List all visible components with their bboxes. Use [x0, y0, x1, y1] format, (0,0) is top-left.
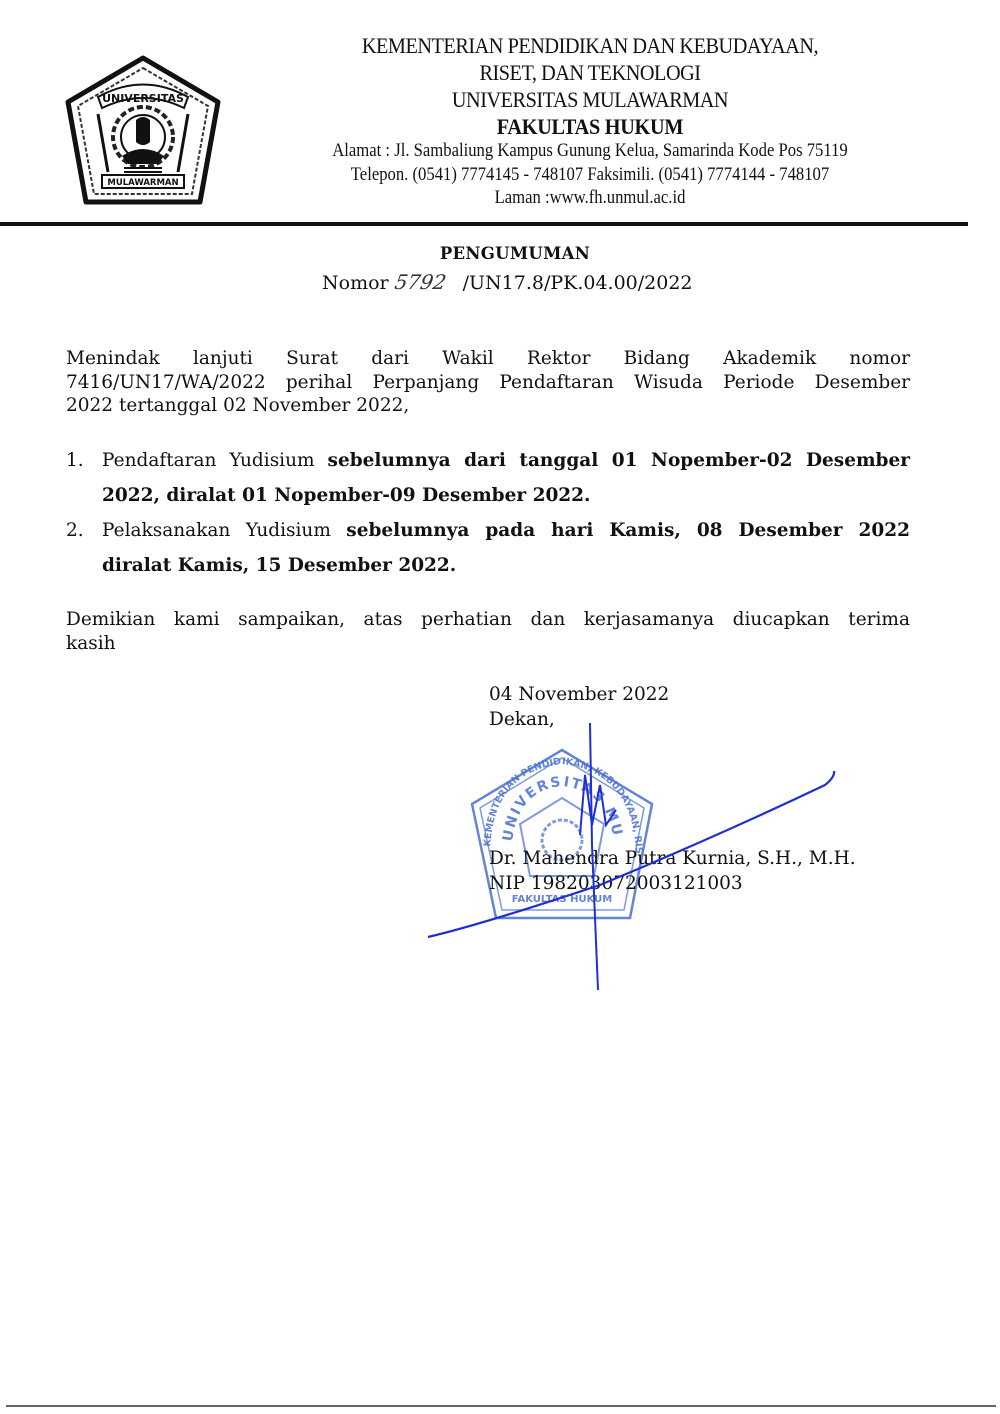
list-bold-text: sebelumnya dari tanggal 01 Nopember-02 D…: [328, 450, 910, 471]
list-item: 1. Pendaftaran Yudisium sebelumnya dari …: [66, 443, 910, 513]
ministry-name-line2: RISET, DAN TEKNOLOGI: [259, 59, 921, 86]
list-number: 1.: [66, 443, 84, 478]
faculty-name: FAKULTAS HUKUM: [259, 113, 921, 140]
address: Alamat : Jl. Sambaliung Kampus Gunung Ke…: [266, 140, 914, 164]
closing-paragraph: Demikian kami sampaikan, atas perhatian …: [66, 608, 910, 655]
ministry-name-line1: KEMENTERIAN PENDIDIKAN DAN KEBUDAYAAN,: [259, 32, 921, 59]
list-plain-text: Pelaksanakan Yudisium: [102, 520, 346, 541]
closing-line: Demikian kami sampaikan, atas perhatian …: [66, 608, 910, 632]
list-line: Pendaftaran Yudisium sebelumnya dari tan…: [102, 443, 910, 478]
list-line: Pelaksanakan Yudisium sebelumnya pada ha…: [102, 513, 910, 548]
svg-text:MULAWARMAN: MULAWARMAN: [107, 178, 178, 188]
closing-line: kasih: [66, 633, 116, 654]
letterhead-divider: [0, 222, 968, 226]
university-crest-icon: UNIVERSITAS MULAWARMAN: [58, 52, 228, 212]
list-plain-text: Pendaftaran Yudisium: [102, 450, 328, 471]
intro-line: 2022 tertanggal 02 November 2022,: [66, 395, 409, 416]
number-prefix: Nomor: [322, 272, 389, 294]
list-bold-text: 2022, diralat 01 Nopember-09 Desember 20…: [102, 485, 591, 506]
list-bold-text: sebelumnya pada hari Kamis, 08 Desember …: [346, 520, 910, 541]
document-number: Nomor5792/UN17.8/PK.04.00/2022: [322, 270, 693, 294]
signing-date: 04 November 2022: [489, 682, 669, 707]
document-title: PENGUMUMAN: [0, 244, 1000, 263]
handwritten-signature: [420, 715, 850, 995]
intro-line: 7416/UN17/WA/2022 perihal Perpanjang Pen…: [66, 371, 910, 395]
page-bottom-edge: [6, 1405, 996, 1407]
svg-text:UNIVERSITAS: UNIVERSITAS: [102, 92, 184, 105]
intro-line: Menindak lanjuti Surat dari Wakil Rektor…: [66, 347, 910, 371]
number-suffix: /UN17.8/PK.04.00/2022: [463, 272, 693, 294]
announcement-list: 1. Pendaftaran Yudisium sebelumnya dari …: [66, 443, 910, 583]
list-item: 2. Pelaksanakan Yudisium sebelumnya pada…: [66, 513, 910, 583]
phone-fax: Telepon. (0541) 7774145 - 748107 Faksimi…: [266, 164, 914, 188]
letterhead: KEMENTERIAN PENDIDIKAN DAN KEBUDAYAAN, R…: [230, 32, 950, 211]
university-name: UNIVERSITAS MULAWARMAN: [259, 86, 921, 113]
document-page: UNIVERSITAS MULAWARMAN KEMENTERIAN PENDI…: [0, 0, 1000, 1414]
intro-paragraph: Menindak lanjuti Surat dari Wakil Rektor…: [66, 347, 910, 418]
list-bold-text: diralat Kamis, 15 Desember 2022.: [102, 555, 456, 576]
website: Laman :www.fh.unmul.ac.id: [266, 187, 914, 211]
handwritten-number: 5792: [392, 270, 460, 294]
list-number: 2.: [66, 513, 84, 548]
